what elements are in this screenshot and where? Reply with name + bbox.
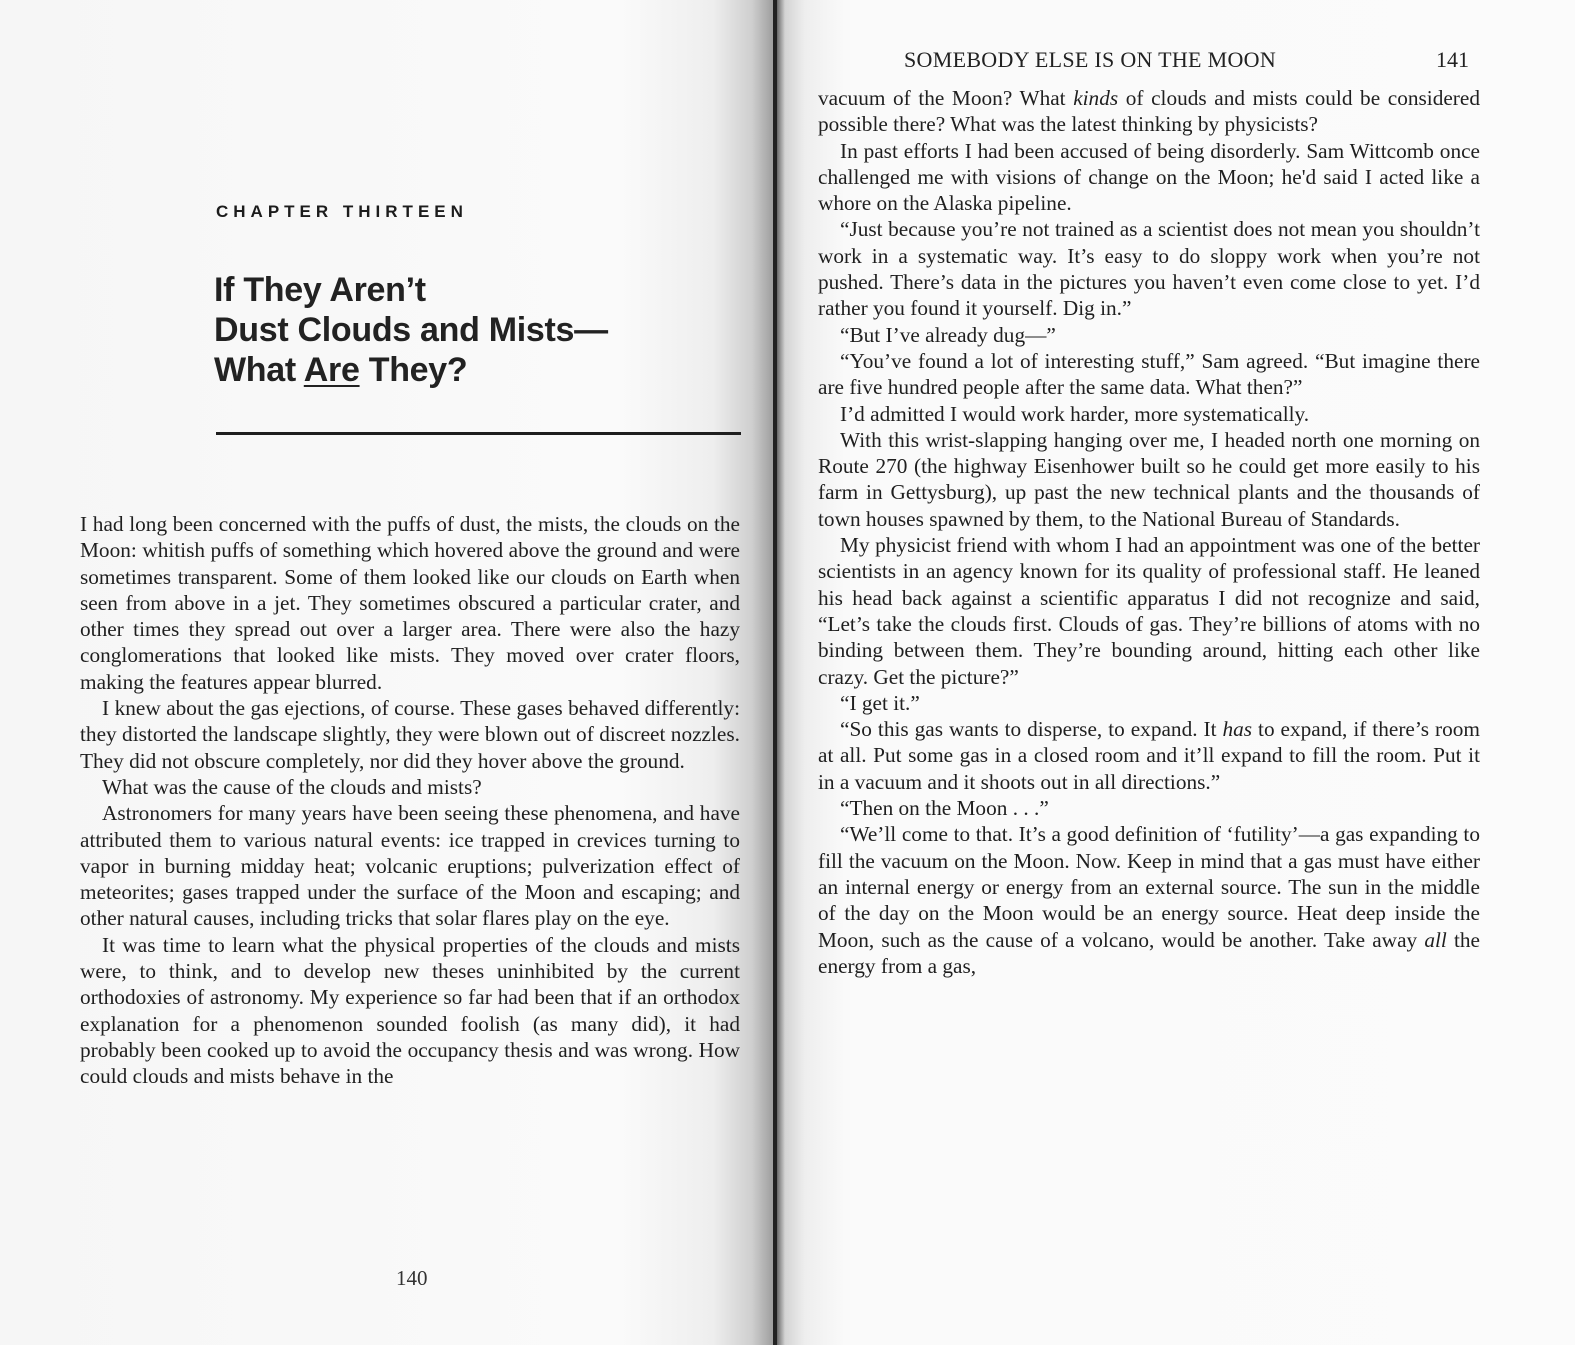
chapter-title: If They Aren’t Dust Clouds and Mists— Wh… bbox=[214, 270, 608, 390]
running-head: SOMEBODY ELSE IS ON THE MOON bbox=[904, 47, 1276, 73]
text-run: “We’ll come to that. It’s a good definit… bbox=[818, 822, 1480, 951]
paragraph: My physicist friend with whom I had an a… bbox=[818, 532, 1480, 690]
title-text: What bbox=[214, 351, 304, 389]
text-run: “Just because you’re not trained as a sc… bbox=[818, 217, 1480, 320]
paragraph: vacuum of the Moon? What kinds of clouds… bbox=[818, 85, 1480, 138]
paragraph: “So this gas wants to disperse, to expan… bbox=[818, 716, 1480, 795]
italic-text: all bbox=[1424, 928, 1446, 952]
text-run: “You’ve found a lot of interesting stuff… bbox=[818, 349, 1480, 399]
paragraph: With this wrist-slapping hanging over me… bbox=[818, 427, 1480, 532]
book-spread: CHAPTER THIRTEEN If They Aren’t Dust Clo… bbox=[0, 0, 1575, 1345]
paragraph: I knew about the gas ejections, of cours… bbox=[80, 695, 740, 774]
right-body-text: vacuum of the Moon? What kinds of clouds… bbox=[818, 85, 1480, 979]
text-run: “But I’ve already dug—” bbox=[840, 323, 1056, 347]
italic-text: kinds bbox=[1073, 86, 1118, 110]
paragraph: It was time to learn what the physical p… bbox=[80, 932, 740, 1090]
book-spine bbox=[773, 0, 777, 1345]
text-run: I’d admitted I would work harder, more s… bbox=[840, 402, 1309, 426]
title-emphasis: Are bbox=[304, 351, 360, 389]
text-run: “Then on the Moon . . .” bbox=[840, 796, 1049, 820]
text-run: My physicist friend with whom I had an a… bbox=[818, 533, 1480, 688]
page-number-left: 140 bbox=[396, 1266, 428, 1291]
text-run: With this wrist-slapping hanging over me… bbox=[818, 428, 1480, 531]
paragraph: “Just because you’re not trained as a sc… bbox=[818, 216, 1480, 321]
title-line: If They Aren’t bbox=[214, 270, 608, 310]
paragraph: What was the cause of the clouds and mis… bbox=[80, 774, 740, 800]
title-rule bbox=[216, 432, 741, 435]
left-page: CHAPTER THIRTEEN If They Aren’t Dust Clo… bbox=[0, 0, 775, 1345]
paragraph: “Then on the Moon . . .” bbox=[818, 795, 1480, 821]
page-number-right: 141 bbox=[1436, 47, 1469, 73]
title-line: Dust Clouds and Mists— bbox=[214, 310, 608, 350]
paragraph: “We’ll come to that. It’s a good definit… bbox=[818, 821, 1480, 979]
paragraph: “But I’ve already dug—” bbox=[818, 322, 1480, 348]
left-body-text: I had long been concerned with the puffs… bbox=[80, 511, 740, 1090]
italic-text: has bbox=[1222, 717, 1252, 741]
text-run: “So this gas wants to disperse, to expan… bbox=[840, 717, 1222, 741]
text-run: “I get it.” bbox=[840, 691, 920, 715]
text-run: vacuum of the Moon? What bbox=[818, 86, 1073, 110]
paragraph: In past efforts I had been accused of be… bbox=[818, 138, 1480, 217]
paragraph: I had long been concerned with the puffs… bbox=[80, 511, 740, 695]
paragraph: Astronomers for many years have been see… bbox=[80, 800, 740, 931]
paragraph: “You’ve found a lot of interesting stuff… bbox=[818, 348, 1480, 401]
title-text: They? bbox=[360, 351, 468, 389]
text-run: In past efforts I had been accused of be… bbox=[818, 139, 1480, 216]
title-line: What Are They? bbox=[214, 350, 608, 390]
chapter-label: CHAPTER THIRTEEN bbox=[216, 202, 468, 222]
paragraph: “I get it.” bbox=[818, 690, 1480, 716]
paragraph: I’d admitted I would work harder, more s… bbox=[818, 401, 1480, 427]
